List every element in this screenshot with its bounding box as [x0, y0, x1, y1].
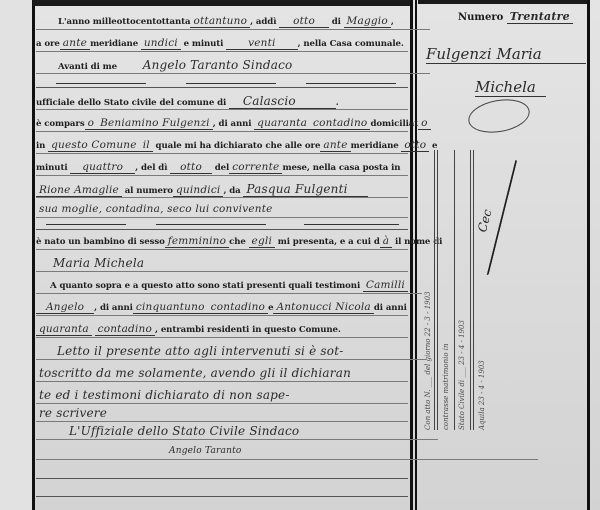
margin-column: Numero Trentatre Fulgenzi Maria Michela … — [420, 0, 585, 510]
handwritten-mother-details: sua moglie, contadina, seco lui conviven… — [36, 203, 276, 215]
printed-text: , di anni — [213, 119, 252, 129]
handwritten-sex: femminino — [165, 235, 229, 248]
handwritten-birth-day: otto — [170, 161, 212, 174]
annotation-column-rule — [454, 150, 455, 430]
record-number: Numero Trentatre — [458, 10, 573, 23]
handwritten-witness1-surname: Camilli — [363, 279, 408, 292]
annotation-marriage-act: Con atto N. ___ del giorno 22 - 3 - 1903 — [424, 291, 432, 430]
handwritten-minutes: venti — [226, 37, 298, 50]
handwritten-da: à — [380, 235, 392, 248]
annotation-marriage: contrasse matrimonio in — [442, 343, 450, 430]
annotation-place-date: Aquila 23 - 4 - 1903 — [478, 360, 486, 430]
closing-line-1: Letto il presente atto agli intervenuti … — [36, 340, 426, 362]
form-line-witness2: quaranta contadino, entrambi residenti i… — [36, 318, 408, 340]
form-line-declarant: è comparsoBeniamino Fulgenzi, di anni qu… — [36, 112, 408, 134]
printed-text: domiciliat — [370, 119, 418, 129]
printed-text: , nella Casa comunale. — [298, 39, 404, 49]
birth-record-form: L'anno milleottocentottantaottantuno, ad… — [36, 0, 408, 510]
handwritten-mother-name: Pasqua Fulgenti — [243, 182, 367, 197]
handwritten-egli: egli — [249, 235, 275, 248]
handwritten-officer-name: Angelo Taranto Sindaco — [140, 58, 296, 72]
annotation-column-rule — [434, 150, 435, 430]
form-line-witnesses: A quanto sopra e a questo atto sono stat… — [36, 274, 422, 296]
printed-text: del — [215, 163, 229, 173]
handwritten-closing: te ed i testimoni dichiarato di non sape… — [36, 388, 293, 402]
handwritten-domicile: questo Comune — [48, 139, 140, 152]
form-line-child: è nato un bambino di sessofemmininoche e… — [36, 230, 408, 252]
printed-text: L'anno milleottocentottanta — [58, 17, 190, 27]
handwritten-corrente: corrente — [229, 161, 282, 174]
annotation-column-rule — [470, 150, 471, 430]
printed-text: ufficiale dello Stato civile del comune … — [36, 98, 226, 108]
printed-text: Avanti di me — [58, 62, 117, 72]
printed-text: A quanto sopra e a questo atto sono stat… — [50, 281, 360, 291]
printed-text: , addì — [250, 17, 276, 27]
printed-text: minuti — [36, 163, 68, 173]
printed-text: , di anni — [94, 303, 133, 313]
margin-second-name: Michela — [475, 78, 546, 97]
handwritten-witness2-name: Antonucci Nicola — [273, 301, 373, 314]
printed-text: mi presenta, e a cui d — [278, 237, 380, 247]
printed-text: . — [336, 98, 339, 108]
printed-text: quale mi ha dichiarato che alle ore — [156, 141, 321, 151]
annotation-column-rule — [437, 150, 438, 430]
form-line-witness-details: Angelo, di annicinquantunocontadinoeAnto… — [36, 296, 408, 318]
printed-text: mese, nella casa posta in — [282, 163, 400, 173]
handwritten-ante: ante — [320, 139, 350, 152]
printed-text: meridiane — [90, 39, 138, 49]
blank-rule — [306, 83, 396, 84]
blank-rule — [186, 83, 276, 84]
handwritten-signature: Angelo Taranto — [166, 446, 245, 456]
left-border — [32, 0, 35, 510]
form-line-year: L'anno milleottocentottantaottantuno, ad… — [36, 10, 430, 32]
blank-rule — [156, 224, 266, 225]
signature-title-line: L'Uffiziale dello Stato Civile Sindaco — [36, 420, 438, 442]
handwritten-street: Rione Amaglie — [36, 184, 122, 197]
margin-surname-name: Fulgenzi Maria — [426, 45, 586, 64]
printed-text: di anni — [374, 303, 407, 313]
form-line-address: Rione Amaglie al numeroquindici, da Pasq… — [36, 178, 408, 200]
printed-text: , da — [223, 186, 240, 196]
handwritten-il: il — [140, 139, 153, 152]
handwritten-closing: re scrivere — [36, 406, 110, 420]
closing-line-2: toscritto da me solamente, avendo gli il… — [36, 362, 408, 384]
form-line-time: a oreantemeridiane undici e minuti venti… — [36, 32, 408, 54]
printed-text: , del dì — [135, 163, 167, 173]
handwritten-ante: ante — [60, 37, 90, 50]
numero-label: Numero — [458, 12, 503, 23]
handwritten-witness2-occupation: contadino — [95, 323, 155, 336]
form-line-birth-time: minuti quattro, del dì otto delcorrentem… — [36, 156, 408, 178]
printed-text: , — [391, 17, 394, 27]
handwritten-comune: Calascio — [229, 94, 336, 109]
handwritten-day: otto — [279, 15, 329, 28]
printed-text: meridiane — [351, 141, 399, 151]
form-line-mother: sua moglie, contadina, seco lui conviven… — [36, 198, 408, 220]
handwritten-witness1-age: cinquantuno — [133, 301, 208, 314]
handwritten-hour: undici — [141, 37, 181, 50]
blank-rule — [36, 478, 408, 479]
handwritten-age: quaranta — [254, 117, 310, 130]
blank-rule — [36, 496, 408, 497]
handwritten-house-number: quindici — [173, 184, 224, 197]
handwritten-witness1-name: Angelo — [36, 301, 94, 314]
printed-text: , entrambi residenti in questo Comune. — [155, 325, 341, 335]
handwritten-witness1-occupation: contadino — [208, 301, 268, 314]
blank-rule — [46, 224, 126, 225]
printed-text: a ore — [36, 39, 60, 49]
printed-text: e minuti — [184, 39, 224, 49]
form-line-comune: ufficiale dello Stato civile del comune … — [36, 90, 408, 112]
blank-rule — [304, 224, 399, 225]
right-border — [587, 0, 590, 510]
flourish-mark — [466, 95, 533, 137]
printed-text: al numero — [125, 186, 173, 196]
printed-text: che — [229, 237, 246, 247]
handwritten-declarant-name: Beniamino Fulgenzi — [97, 117, 213, 130]
form-line-child-name: Maria Michela — [36, 252, 408, 274]
handwritten-closing: Letto il presente atto agli intervenuti … — [54, 344, 346, 358]
handwritten-month: Maggio — [344, 15, 391, 28]
form-line-declaration: in questo Comuneil quale mi ha dichiarat… — [36, 134, 408, 156]
handwritten-witness2-age: quaranta — [36, 323, 92, 336]
margin-initials: Cec — [475, 208, 494, 234]
handwritten-suffix: o — [85, 117, 98, 130]
blank-rule — [56, 83, 146, 84]
annotation-civil-registry: Stato Civile di ___ 23 - 4 - 1903 — [458, 320, 466, 430]
handwritten-occupation: contadino — [310, 117, 370, 130]
annotation-column-rule — [473, 150, 474, 430]
left-margin-strip — [0, 0, 32, 510]
printed-text: è compars — [36, 119, 85, 129]
handwritten-birth-minutes: quattro — [70, 161, 135, 174]
handwritten-year: ottantuno — [190, 15, 250, 28]
handwritten-closing: toscritto da me solamente, avendo gli il… — [36, 366, 354, 380]
numero-value: Trentatre — [507, 10, 573, 24]
printed-text: in — [36, 141, 45, 151]
form-line-officer: Avanti di me Angelo Taranto Sindaco — [36, 54, 430, 76]
printed-text: è nato un bambino di sesso — [36, 237, 165, 247]
handwritten-signature-title: L'Uffiziale dello Stato Civile Sindaco — [66, 424, 302, 438]
section-rule — [36, 87, 408, 88]
document-page: L'anno milleottocentottantaottantuno, ad… — [0, 0, 600, 510]
handwritten-child-name: Maria Michela — [50, 256, 147, 270]
printed-text: di — [332, 17, 341, 27]
